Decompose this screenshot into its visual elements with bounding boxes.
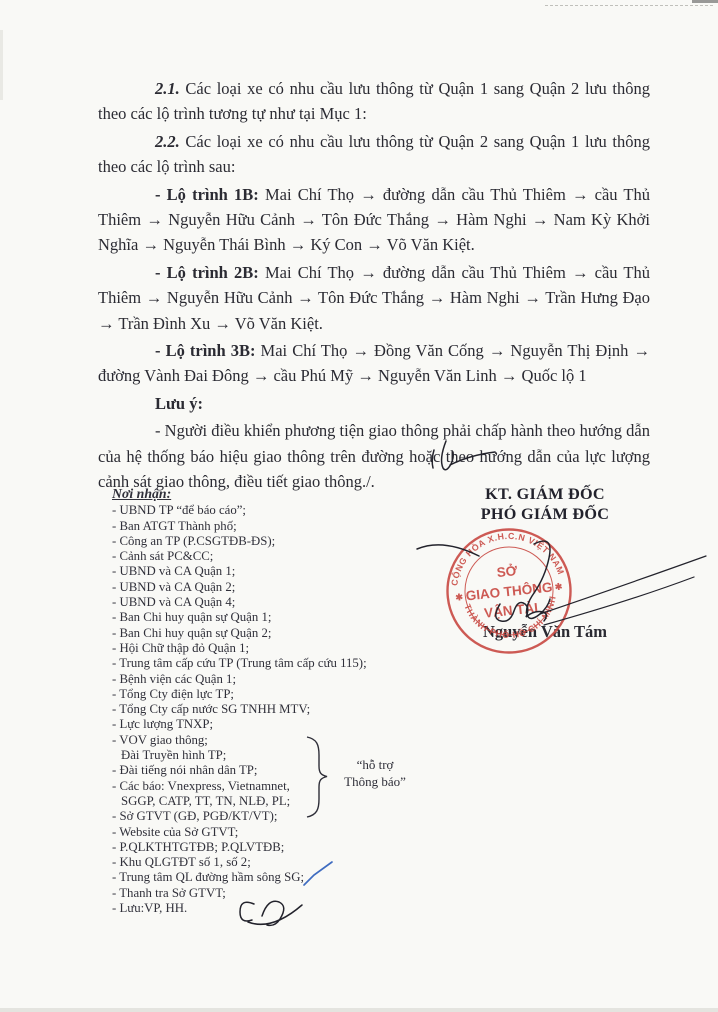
recipient-item: - Ban Chi huy quận sự Quận 2; [112,626,412,641]
stamp-center-line3: VẬN TẢI [483,600,538,621]
recipient-item: - Website của Sở GTVT; [112,825,412,840]
official-stamp: CỘNG HÒA X.H.C.N VIỆT NAM THÀNH PHỐ HỒ C… [427,509,592,674]
body-paragraph: 2.1. Các loại xe có nhu cầu lưu thông từ… [98,76,650,127]
signature-title-line1: KT. GIÁM ĐỐC [420,484,670,504]
stamp-star-right-icon: ✱ [554,581,563,592]
recipient-item: SGGP, CATP, TT, TN, NLĐ, PL; [112,794,412,809]
scan-artifact-corner [692,0,718,3]
body-paragraph: - Lộ trình 2B: Mai Chí Thọ → đường dẫn c… [98,260,650,336]
recipients-block: Nơi nhận: - UBND TP “để báo cáo”; - Ban … [112,486,412,916]
recipient-item: - Tổng Cty cấp nước SG TNHH MTV; [112,702,412,717]
recipient-item: - Trung tâm QL đường hầm sông SG; [112,870,412,885]
paragraph-lead: - Lộ trình 2B: [155,263,265,282]
support-note-line2: Thông báo” [330,773,420,790]
scanned-document-page: 2.1. Các loại xe có nhu cầu lưu thông từ… [0,0,718,1012]
recipient-item: - UBND và CA Quận 2; [112,580,412,595]
paragraph-text: Các loại xe có nhu cầu lưu thông từ Quận… [98,132,650,176]
recipient-item: - Ban Chi huy quận sự Quận 1; [112,610,412,625]
body-paragraph: Lưu ý: [98,391,650,416]
recipient-item: - Lưu:VP, HH. [112,901,412,916]
recipient-item: - Sở GTVT (GĐ, PGĐ/KT/VT); [112,809,412,824]
support-note-line1: “hỗ trợ [330,756,420,773]
body-paragraph: - Lộ trình 3B: Mai Chí Thọ → Đồng Văn Cố… [98,338,650,389]
recipient-item: - Tổng Cty điện lực TP; [112,687,412,702]
stamp-center-line2: GIAO THÔNG [465,579,553,603]
paragraph-text: Các loại xe có nhu cầu lưu thông từ Quận… [98,79,650,123]
document-body: 2.1. Các loại xe có nhu cầu lưu thông từ… [98,76,650,497]
stamp-star-left-icon: ✱ [455,592,464,603]
recipient-item: - Lực lượng TNXP; [112,717,412,732]
grouping-brace [305,736,329,818]
body-paragraph: 2.2. Các loại xe có nhu cầu lưu thông từ… [98,129,650,180]
support-note-label: “hỗ trợ Thông báo” [330,756,420,790]
paragraph-lead: 2.2. [155,132,180,151]
recipients-heading: Nơi nhận: [112,486,412,501]
recipient-item: - Cảnh sát PC&CC; [112,549,412,564]
scan-artifact-dashed-line [545,5,713,6]
recipients-list: - UBND TP “để báo cáo”; - Ban ATGT Thành… [112,503,412,916]
recipient-item: - Ban ATGT Thành phố; [112,519,412,534]
paragraph-lead: - Lộ trình 3B: [155,341,261,360]
recipient-item: - Bệnh viện các Quận 1; [112,672,412,687]
recipient-item: - Hội Chữ thập đỏ Quận 1; [112,641,412,656]
recipient-item: - P.QLKTHTGTĐB; P.QLVTĐB; [112,840,412,855]
body-paragraph: - Lộ trình 1B: Mai Chí Thọ → đường dẫn c… [98,182,650,258]
paragraph-lead: - Lộ trình 1B: [155,185,265,204]
stamp-center-line1: SỞ [496,563,518,580]
recipient-item: - Thanh tra Sở GTVT; [112,886,412,901]
paragraph-text: - Người điều khiển phương tiện giao thôn… [98,421,650,491]
recipient-item: - UBND TP “để báo cáo”; [112,503,412,518]
recipient-item: - Công an TP (P.CSGTĐB-ĐS); [112,534,412,549]
recipient-item: - UBND và CA Quận 1; [112,564,412,579]
paragraph-lead: 2.1. [155,79,180,98]
recipient-item: - UBND và CA Quận 4; [112,595,412,610]
scan-artifact-left-edge [0,30,3,100]
recipient-item: - VOV giao thông; [112,733,412,748]
paragraph-lead: Lưu ý: [155,394,203,413]
recipient-item: - Khu QLGTĐT số 1, số 2; [112,855,412,870]
scan-artifact-bottom-edge [0,1008,718,1012]
recipient-item: - Trung tâm cấp cứu TP (Trung tâm cấp cứ… [112,656,412,671]
